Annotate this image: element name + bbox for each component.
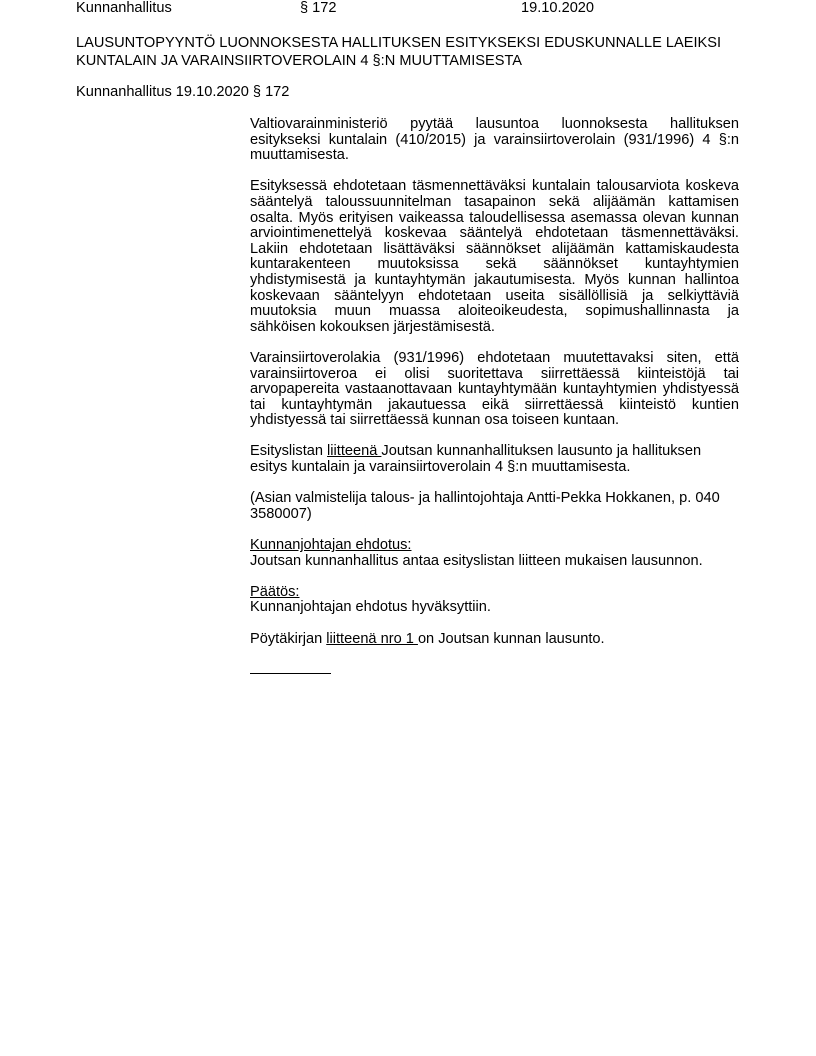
document-title: LAUSUNTOPYYNTÖ LUONNOKSESTA HALLITUKSEN … xyxy=(76,34,756,70)
header-body: Kunnanhallitus xyxy=(76,0,172,17)
decision-section: Päätös:Kunnanjohtajan ehdotus hyväksytti… xyxy=(250,585,739,616)
proposal-section: Kunnanjohtajan ehdotus:Joutsan kunnanhal… xyxy=(250,538,739,569)
paragraph-preparer: (Asian valmistelija talous- ja hallintoj… xyxy=(250,491,739,522)
appendix-text-pre: Pöytäkirjan xyxy=(250,631,326,647)
document-body: Valtiovarainministeriö pyytää lausuntoa … xyxy=(250,117,739,694)
appendix-section: Pöytäkirjan liitteenä nro 1 on Joutsan k… xyxy=(250,632,739,648)
proposal-text: Joutsan kunnanhallitus antaa esityslista… xyxy=(250,553,703,569)
paragraph-attachment: Esityslistan liitteenä Joutsan kunnanhal… xyxy=(250,444,739,475)
header-date: 19.10.2020 xyxy=(521,0,594,17)
separator-line xyxy=(250,663,739,679)
appendix-link[interactable]: liitteenä nro 1 xyxy=(326,631,418,647)
paragraph-transfer-tax: Varainsiirtoverolakia (931/1996) ehdotet… xyxy=(250,351,739,429)
attachment-text-pre: Esityslistan xyxy=(250,443,327,459)
decision-text: Kunnanjohtajan ehdotus hyväksyttiin. xyxy=(250,599,491,615)
separator-rule xyxy=(250,663,331,674)
appendix-text-post: on Joutsan kunnan lausunto. xyxy=(418,631,605,647)
meeting-reference: Kunnanhallitus 19.10.2020 § 172 xyxy=(76,83,289,101)
proposal-label: Kunnanjohtajan ehdotus: xyxy=(250,537,411,553)
header-section: § 172 xyxy=(300,0,337,17)
title-line-2: KUNTALAIN JA VARAINSIIRTOVEROLAIN 4 §:N … xyxy=(76,52,756,70)
decision-label: Päätös: xyxy=(250,584,300,600)
title-line-1: LAUSUNTOPYYNTÖ LUONNOKSESTA HALLITUKSEN … xyxy=(76,34,756,52)
attachment-link[interactable]: liitteenä xyxy=(327,443,381,459)
paragraph-proposal-summary: Esityksessä ehdotetaan täsmennettäväksi … xyxy=(250,179,739,335)
paragraph-request: Valtiovarainministeriö pyytää lausuntoa … xyxy=(250,117,739,164)
